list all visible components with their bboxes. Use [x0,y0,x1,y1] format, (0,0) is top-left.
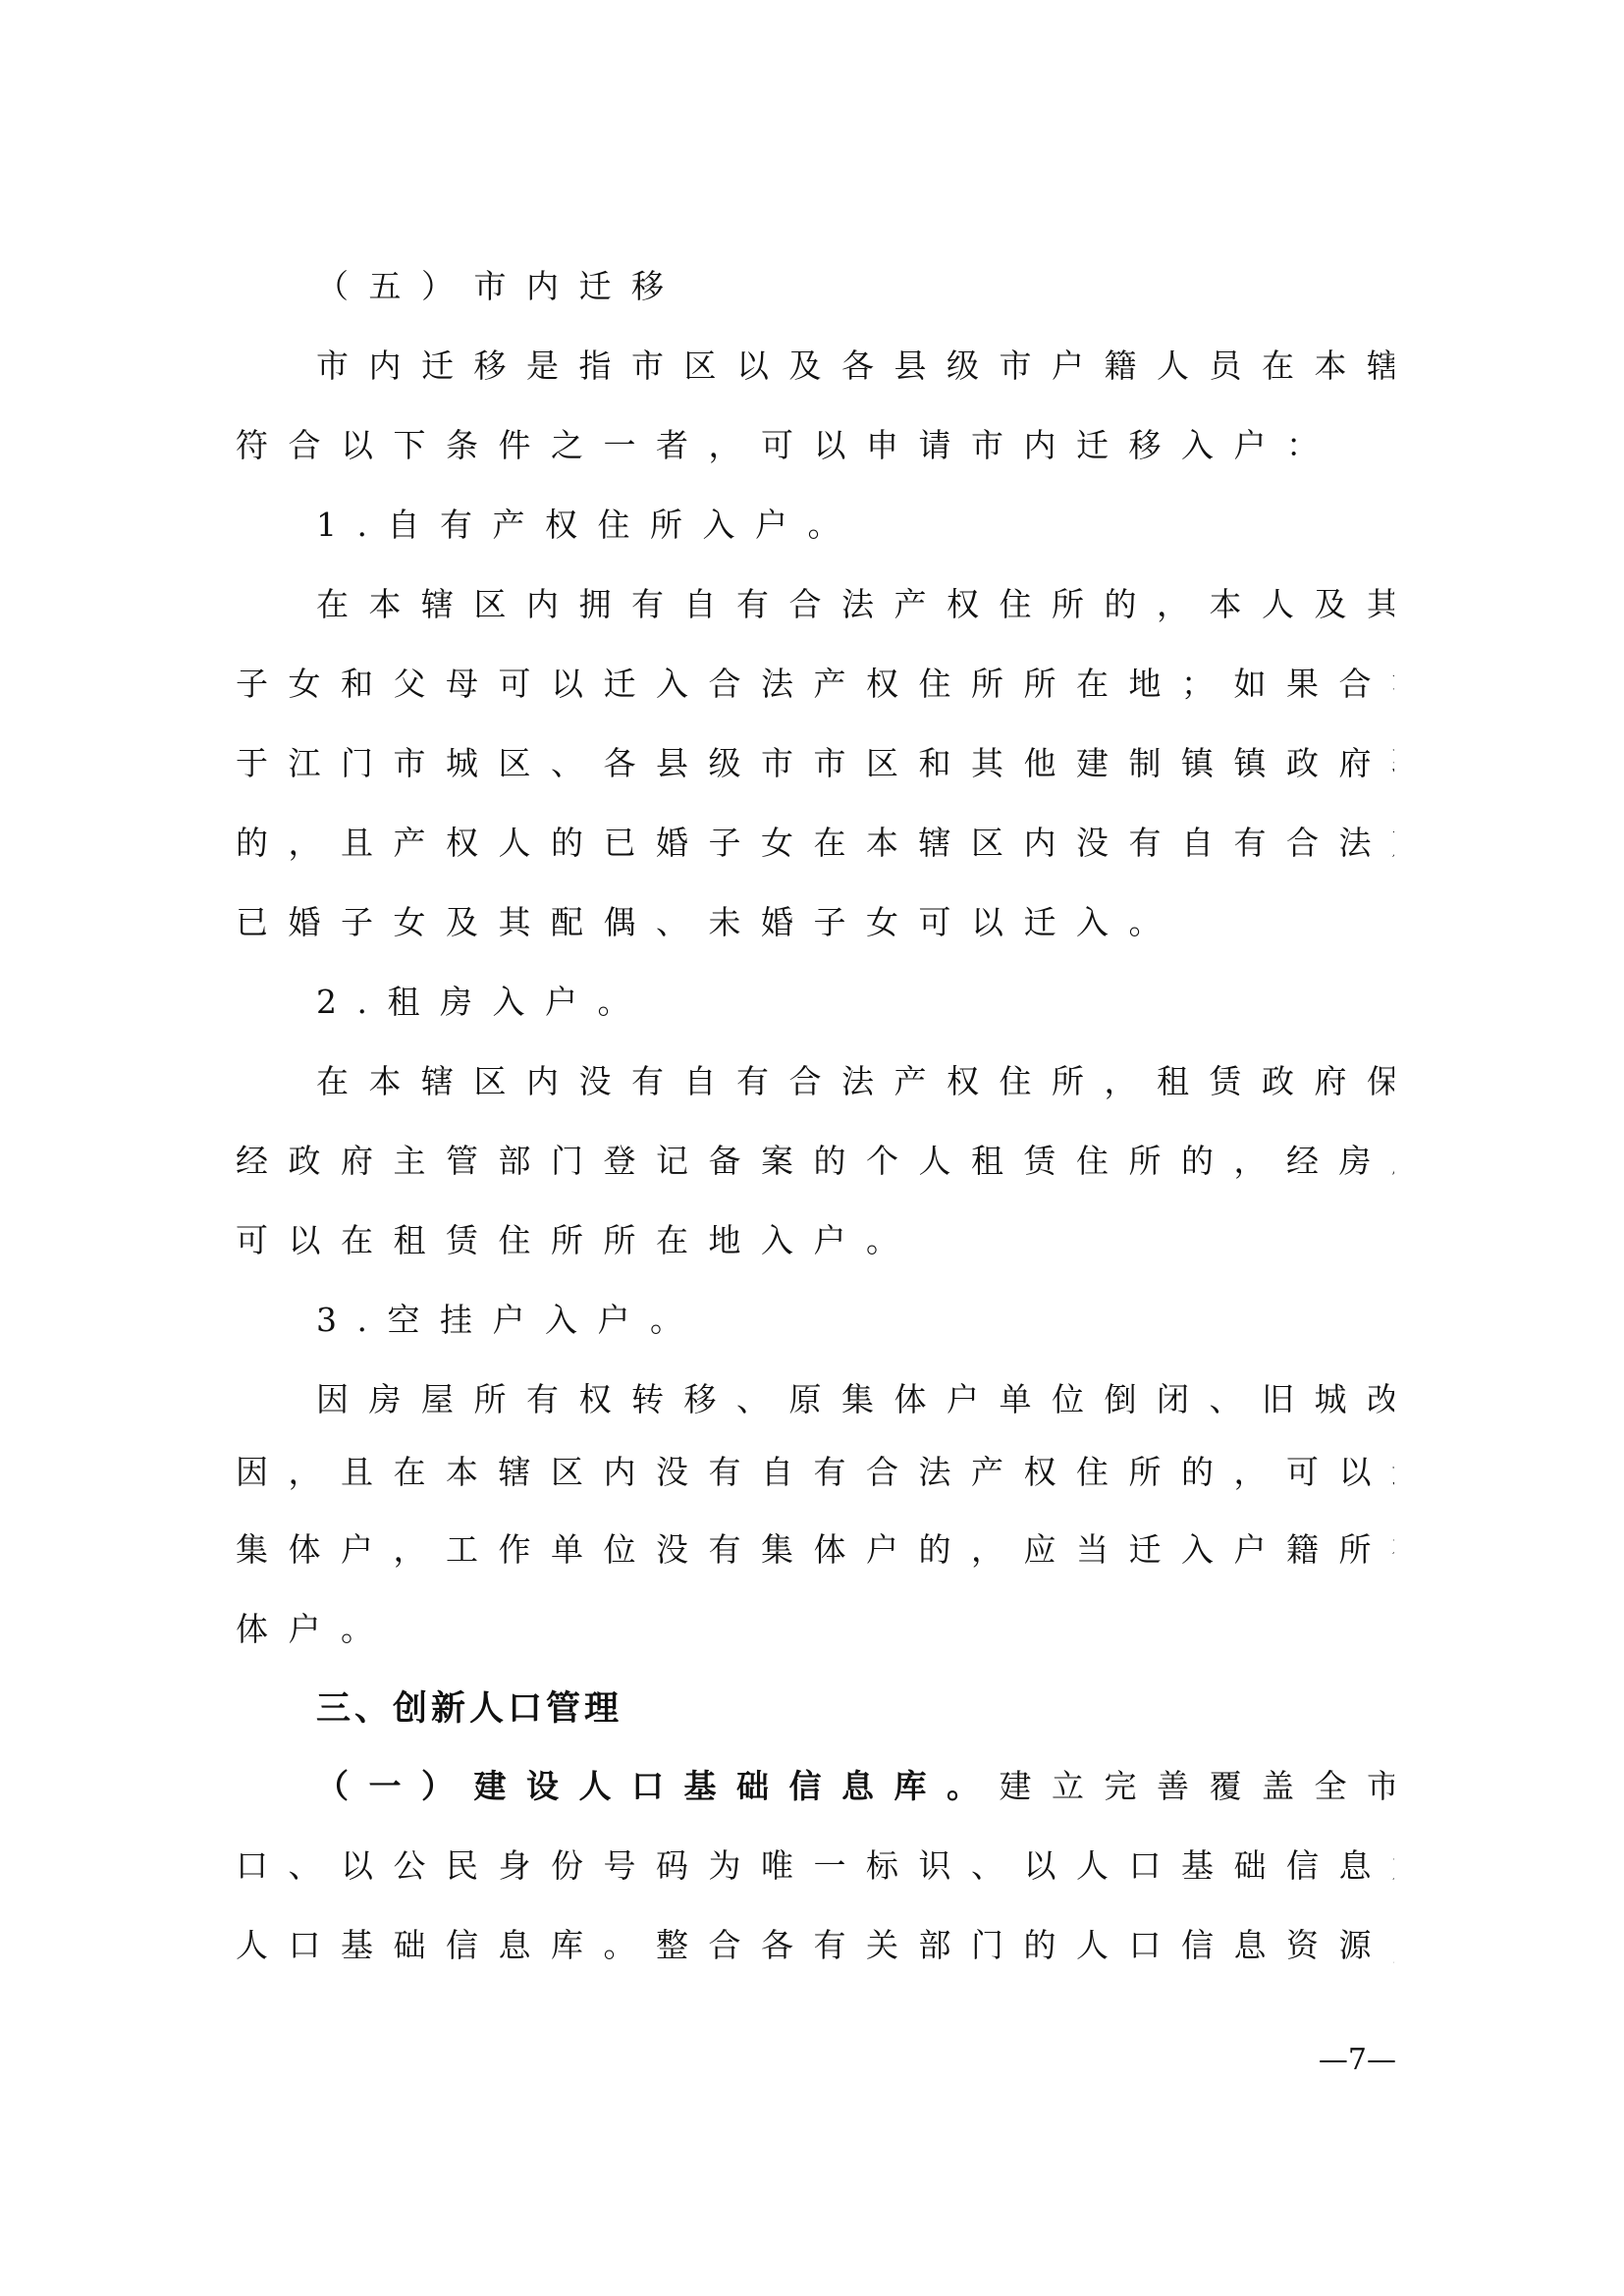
line-text: 已婚子女及其配偶、未婚子女可以迁入。 [236,903,1181,941]
document-page: （五）市内迁移 市内迁移是指市区以及各县级市户籍人员在本辖区内迁移。 符合以下条… [0,0,1624,2296]
subsection-lead: （一）建设人口基础信息库。 [316,1767,1000,1805]
line-text: 的，且产权人的已婚子女在本辖区内没有自有合法产权住所，该 [236,824,1394,862]
paragraph-line: 在本辖区内拥有自有合法产权住所的，本人及其配偶、未婚 [316,575,1394,634]
line-text: 体户。 [236,1610,394,1648]
section-heading-5: （五）市内迁移 [316,257,1394,316]
paragraph-line: 口、以公民身份号码为唯一标识、以人口基础信息为基准的全市 [236,1837,1394,1896]
line-text: 子女和父母可以迁入合法产权住所所在地；如果合法产权住所属 [236,665,1394,703]
paragraph-line: （一）建设人口基础信息库。建立完善覆盖全市实际居住人 [316,1757,1394,1816]
line-text: 于江门市城区、各县级市市区和其他建制镇镇政府驻地村（居） [236,744,1394,782]
paragraph-line: 的，且产权人的已婚子女在本辖区内没有自有合法产权住所，该 [236,814,1394,873]
heading-text: 三、创新人口管理 [316,1689,623,1729]
list-item-heading-1: 1.自有产权住所入户。 [316,496,1394,555]
paragraph-line: 经政府主管部门登记备案的个人租赁住所的，经房屋产权人同意， [236,1132,1394,1191]
paragraph-line: 在本辖区内没有自有合法产权住所，租赁政府保障性住房或 [316,1052,1394,1111]
line-text: 因房屋所有权转移、原集体户单位倒闭、旧城改造拆迁等原 [316,1380,1394,1418]
paragraph-line: 可以在租赁住所所在地入户。 [236,1211,1394,1270]
list-item-heading-2: 2.租房入户。 [316,973,1394,1032]
line-text: 1.自有产权住所入户。 [316,506,860,544]
paragraph-line: 体户。 [236,1600,1394,1659]
paragraph-line: 市内迁移是指市区以及各县级市户籍人员在本辖区内迁移。 [316,337,1394,396]
paragraph-line: 集体户，工作单位没有集体户的，应当迁入户籍所在地的社区集 [236,1521,1394,1579]
line-text: 可以在租赁住所所在地入户。 [236,1221,919,1259]
paragraph-line: 符合以下条件之一者，可以申请市内迁移入户： [236,416,1394,475]
line-text: 因，且在本辖区内没有自有合法产权住所的，可以迁入工作单位 [236,1453,1394,1491]
paragraph-line: 因，且在本辖区内没有自有合法产权住所的，可以迁入工作单位 [236,1443,1394,1502]
line-text: 经政府主管部门登记备案的个人租赁住所的，经房屋产权人同意， [236,1142,1394,1180]
line-text: 在本辖区内没有自有合法产权住所，租赁政府保障性住房或 [316,1062,1394,1100]
paragraph-line: 因房屋所有权转移、原集体户单位倒闭、旧城改造拆迁等原 [316,1370,1394,1429]
line-text: 2.租房入户。 [316,983,650,1021]
line-text: 建立完善覆盖全市实际居住人 [1000,1767,1395,1805]
line-text: 在本辖区内拥有自有合法产权住所的，本人及其配偶、未婚 [316,585,1394,623]
paragraph-line: 已婚子女及其配偶、未婚子女可以迁入。 [236,893,1394,952]
line-text: 口、以公民身份号码为唯一标识、以人口基础信息为基准的全市 [236,1846,1394,1885]
list-item-heading-3: 3.空挂户入户。 [316,1291,1394,1350]
paragraph-line: 子女和父母可以迁入合法产权住所所在地；如果合法产权住所属 [236,655,1394,714]
line-text: 市内迁移是指市区以及各县级市户籍人员在本辖区内迁移。 [316,347,1394,385]
section-heading-3: 三、创新人口管理 [316,1680,1394,1738]
paragraph-line: 于江门市城区、各县级市市区和其他建制镇镇政府驻地村（居） [236,734,1394,793]
line-text: 人口基础信息库。整合各有关部门的人口信息资源，分类完善劳 [236,1926,1394,1964]
line-text: 符合以下条件之一者，可以申请市内迁移入户： [236,426,1339,464]
line-text: 集体户，工作单位没有集体户的，应当迁入户籍所在地的社区集 [236,1530,1394,1569]
line-text: 3.空挂户入户。 [316,1301,703,1339]
paragraph-line: 人口基础信息库。整合各有关部门的人口信息资源，分类完善劳 [236,1916,1394,1975]
page-number: —7— [1286,2038,1396,2083]
heading-text: （五）市内迁移 [316,267,684,305]
